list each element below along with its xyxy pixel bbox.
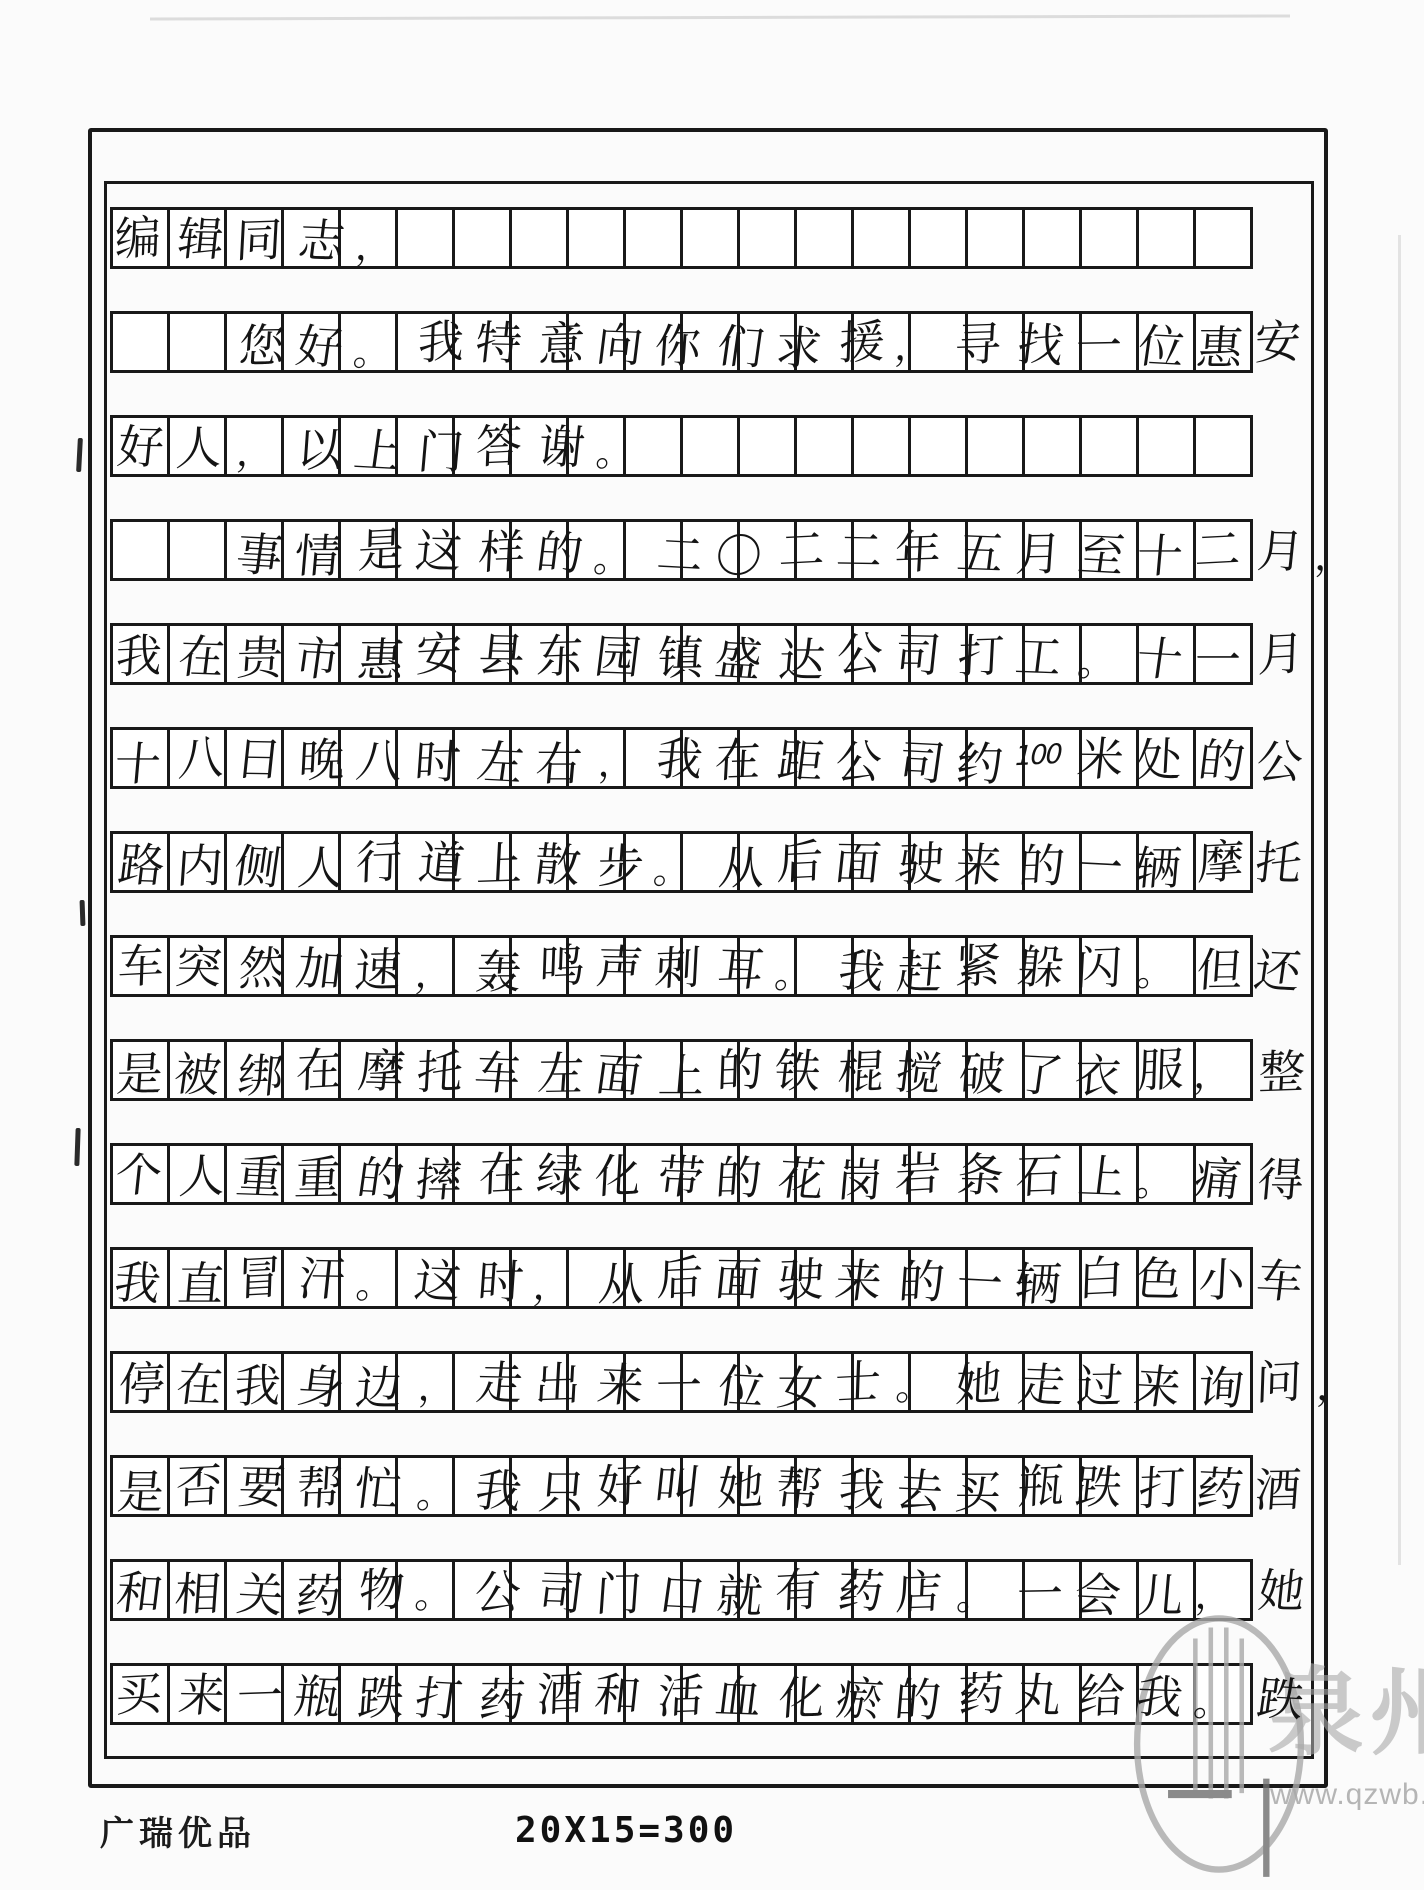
handwritten-line: 事情是这样的。二〇二二年五月至十二月， <box>110 519 1370 581</box>
handwritten-line: 和相关药物。公司门口就有药店。一会儿，她 <box>110 1559 1370 1621</box>
grid-row: 事情是这样的。二〇二二年五月至十二月， <box>110 519 1253 581</box>
grid-row: 停在我身边，走出来一位女士。她走过来询问， <box>110 1351 1253 1413</box>
grid-row: 路内侧人行道上散步。从后面驶来的一辆摩托 <box>110 831 1253 893</box>
paper-brand-label: 广瑞优品 <box>100 1806 256 1855</box>
grid-row: 我直冒汗。这时，从后面驶来的一辆白色小车 <box>110 1247 1253 1309</box>
handwritten-line: 路内侧人行道上散步。从后面驶来的一辆摩托 <box>110 831 1370 893</box>
handwritten-line: 停在我身边，走出来一位女士。她走过来询问， <box>110 1351 1370 1413</box>
grid-row: 和相关药物。公司门口就有药店。一会儿，她 <box>110 1559 1253 1621</box>
grid-row: 个人重重的摔在绿化带的花岗岩条石上。痛得 <box>110 1143 1253 1205</box>
scan-artifact <box>80 900 86 926</box>
handwritten-line: 我直冒汗。这时，从后面驶来的一辆白色小车 <box>110 1247 1370 1309</box>
grid-row: 车突然加速，轰鸣声刺耳。我赶紧躲闪。但还 <box>110 935 1253 997</box>
qzwb-watermark: 泉州网 www.qzwb.com <box>1120 1595 1424 1890</box>
scan-artifact <box>76 438 83 472</box>
handwritten-line: 买来一瓶跌打药酒和活血化瘀的药丸给我。跌 <box>110 1663 1370 1725</box>
grid-row: 十八日晚八时左右，我在距公司约100米处的公 <box>110 727 1253 789</box>
handwritten-line: 是否要帮忙。我只好叫她帮我去买瓶跌打药酒 <box>110 1455 1370 1517</box>
handwritten-line: 个人重重的摔在绿化带的花岗岩条石上。痛得 <box>110 1143 1370 1205</box>
grid-count-label: 20X15=300 <box>515 1810 737 1851</box>
manuscript-page: 编辑同志，您好。我特意向你们求援，寻找一位惠安好人，以上门答谢。事情是这样的。二… <box>0 0 1424 1890</box>
grid-row: 我在贵市惠安县东园镇盛达公司打工。十一月 <box>110 623 1253 685</box>
handwritten-line: 编辑同志， <box>110 207 1370 269</box>
grid-row: 是否要帮忙。我只好叫她帮我去买瓶跌打药酒 <box>110 1455 1253 1517</box>
handwritten-line: 是被绑在摩托车左面上的铁棍搅破了衣服，整 <box>110 1039 1370 1101</box>
handwritten-line: 我在贵市惠安县东园镇盛达公司打工。十一月 <box>110 623 1370 685</box>
manuscript-grid: 编辑同志，您好。我特意向你们求援，寻找一位惠安好人，以上门答谢。事情是这样的。二… <box>110 207 1320 1737</box>
grid-row: 编辑同志， <box>110 207 1253 269</box>
handwritten-line: 十八日晚八时左右，我在距公司约100米处的公 <box>110 727 1370 789</box>
grid-row: 好人，以上门答谢。 <box>110 415 1253 477</box>
grid-row: 是被绑在摩托车左面上的铁棍搅破了衣服，整 <box>110 1039 1253 1101</box>
scan-artifact <box>150 15 1290 21</box>
handwritten-line: 好人，以上门答谢。 <box>110 415 1370 477</box>
watermark-url: www.qzwb.com <box>1270 1778 1424 1812</box>
grid-row: 您好。我特意向你们求援，寻找一位惠安 <box>110 311 1253 373</box>
handwritten-line: 车突然加速，轰鸣声刺耳。我赶紧躲闪。但还 <box>110 935 1370 997</box>
scan-artifact <box>74 1128 80 1166</box>
handwritten-line: 您好。我特意向你们求援，寻找一位惠安 <box>110 311 1370 373</box>
grid-row: 买来一瓶跌打药酒和活血化瘀的药丸给我。跌 <box>110 1663 1253 1725</box>
scan-artifact <box>1398 235 1401 1565</box>
